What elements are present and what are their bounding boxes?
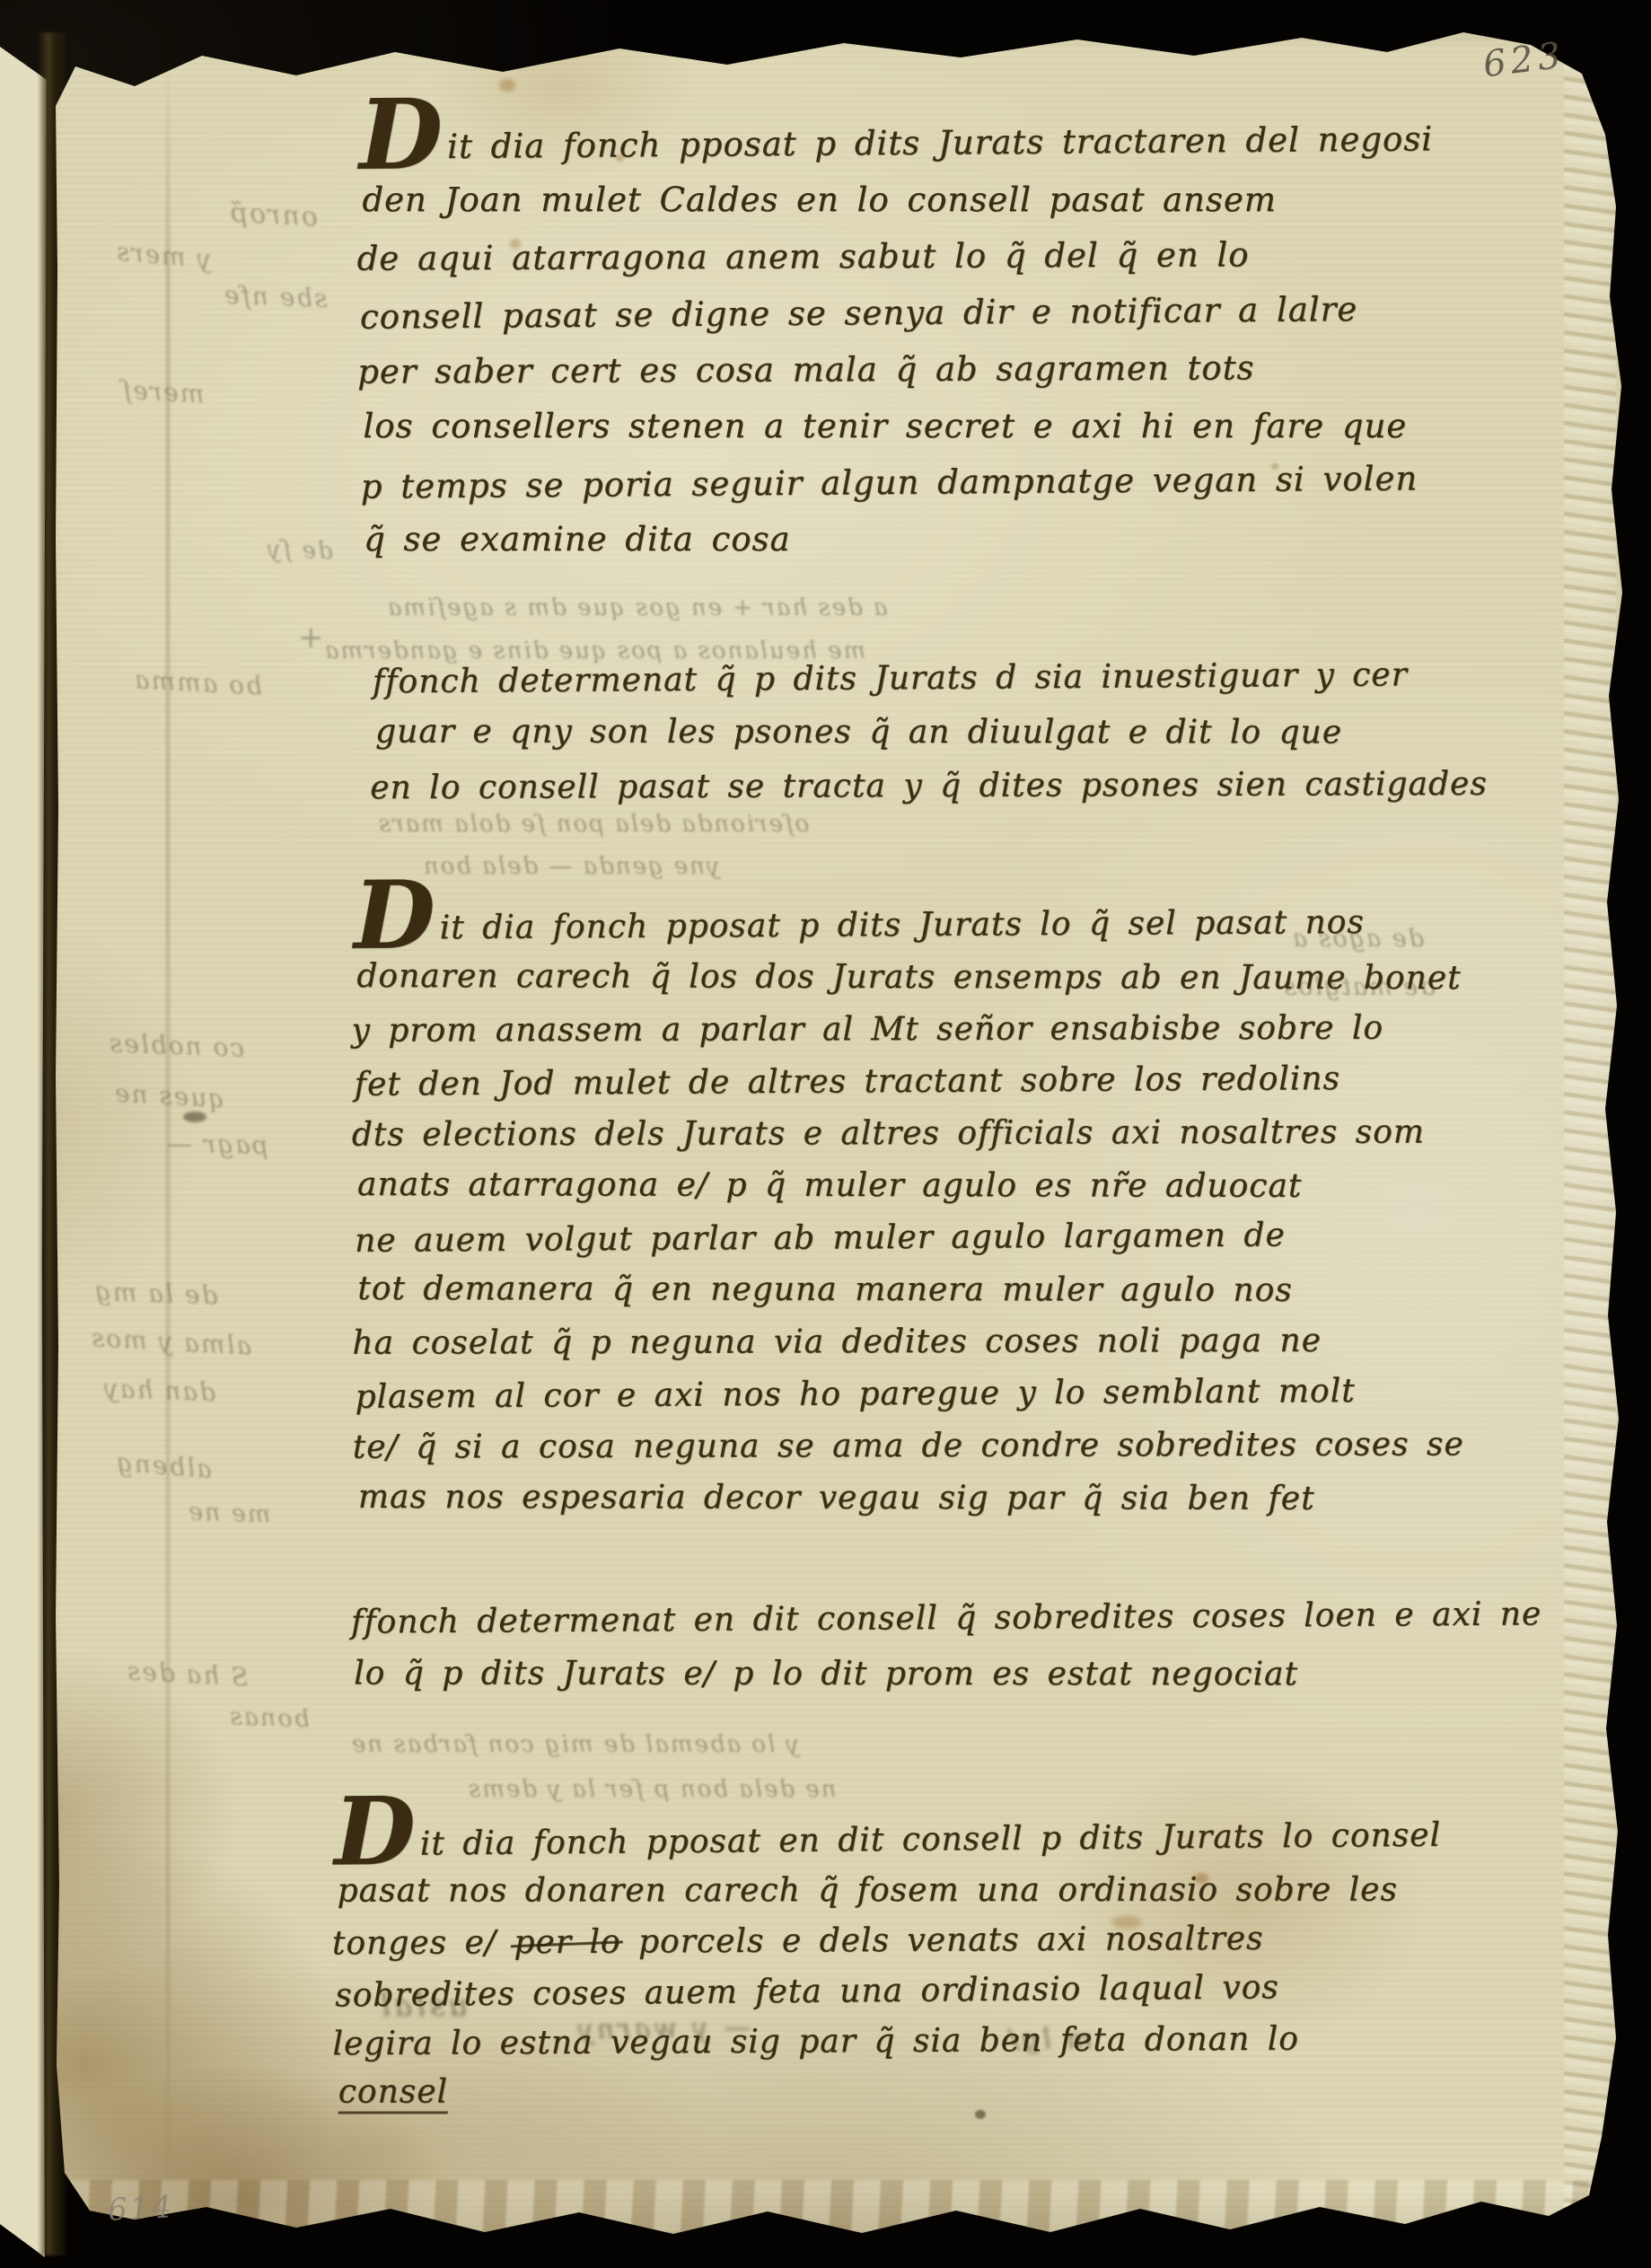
bleedthrough-text: dan hay: [101, 1374, 215, 1407]
line-text: ha coselat q̃ p neguna via dedites coses…: [352, 1323, 1322, 1362]
manuscript-line: legira lo estna vegau sig par q̃ sia ben…: [332, 2014, 1439, 2070]
line-text: q̃ se examine dita cosa: [364, 520, 791, 558]
manuscript-line: y prom anassem a parlar al Mt señor ensa…: [351, 1002, 1462, 1057]
bleedthrough-text: ques ne: [112, 1078, 225, 1113]
manuscript-line: ffonch determenat q̃ p dits Jurats d sia…: [373, 648, 1490, 710]
manuscript-line: los consellers stenen a tenir secret e a…: [363, 398, 1436, 454]
line-text: consell pasat se digne se senya dir e no…: [360, 290, 1358, 337]
manuscript-line: ne auem volgut parlar ab muler agulo lar…: [355, 1209, 1466, 1268]
bleedthrough-text: onrop̃: [228, 197, 319, 233]
line-text: ffonch determenat q̃ p dits Jurats d sia…: [373, 656, 1408, 700]
bleedthrough-text: yne genda — dela bon: [422, 853, 720, 880]
paragraph-2: ffonch determenat q̃ p dits Jurats d sia…: [370, 650, 1488, 815]
line-text: per saber cert es cosa mala q̃ ab sagram…: [357, 348, 1254, 391]
bleedthrough-text: bonas: [227, 1702, 310, 1733]
underlined-text: consel: [338, 2073, 448, 2114]
manuscript-line: Dit dia fonch pposat p dits Jurats lo q̃…: [354, 896, 1465, 955]
line-text: fet den Jod mulet de altres tractant sob…: [355, 1060, 1341, 1103]
paragraph-3: Dit dia fonch pposat p dits Jurats lo q̃…: [351, 898, 1464, 1525]
line-text: legira lo estna vegau sig par q̃ sia ben…: [332, 2021, 1299, 2063]
line-text: tonges e/: [332, 1924, 514, 1962]
bleedthrough-text: a des har + en gos que dm s ageſima: [386, 594, 888, 621]
struck-out-text: per lo: [514, 1924, 620, 1962]
bleedthrough-text: sbe nfe: [222, 280, 328, 313]
bleedthrough-text: alma y mos: [89, 1323, 252, 1360]
manuscript-line: te/ q̃ si a cosa neguna se ama de condre…: [353, 1419, 1464, 1473]
bleedthrough-text: de la mg: [92, 1277, 217, 1311]
line-text: y prom anassem a parlar al Mt señor ensa…: [351, 1010, 1383, 1050]
paragraph-5: Dit dia fonch pposat en dit consell p di…: [331, 1813, 1439, 2120]
bleedthrough-text: de ſy: [265, 536, 333, 566]
manuscript-line: q̃ se examine dita cosa: [364, 511, 1437, 567]
manuscript-line: guar e qny son les psones q̃ an diuulgat…: [375, 705, 1493, 760]
line-text: te/ q̃ si a cosa neguna se ama de condre…: [353, 1426, 1464, 1465]
manuscript-line: den Joan mulet Caldes en lo consell pasa…: [362, 171, 1436, 228]
bleedthrough-text: ne dela bon p ſer la y dems: [467, 1776, 837, 1803]
manuscript-line: plasem al cor e axi nos ho paregue y lo …: [355, 1365, 1466, 1424]
line-text: p temps se poria seguir algun dampnatge …: [361, 459, 1418, 505]
manuscript-line: consel: [338, 2066, 1445, 2117]
line-text: it dia fonch pposat p dits Jurats lo q̃ …: [440, 904, 1365, 946]
bleedthrough-text: co nobles: [107, 1028, 244, 1062]
bleedthrough-text: albeng: [114, 1447, 213, 1483]
manuscript-line: pasat nos donaren carech q̃ fosem una or…: [338, 1865, 1445, 1916]
manuscript-line: dts elections dels Jurats e altres offic…: [352, 1106, 1463, 1161]
manuscript-line: lo q̃ p dits Jurats e/ p lo dit prom es …: [354, 1646, 1544, 1702]
manuscript-line: donaren carech q̃ los dos Jurats ensemps…: [356, 951, 1468, 1005]
bleedthrough-text: me ne: [186, 1498, 271, 1528]
line-text: porcels e dels venats axi nosaltres: [620, 1921, 1263, 1961]
line-text: pasat nos donaren carech q̃ fosem una or…: [338, 1872, 1398, 1910]
bleedthrough-text: y lo abemal de mig con farbas ne: [350, 1731, 799, 1758]
line-text: donaren carech q̃ los dos Jurats ensemps…: [356, 958, 1461, 997]
manuscript-line: p temps se poria seguir algun dampnatge …: [360, 450, 1434, 514]
line-text: los consellers stenen a tenir secret e a…: [363, 407, 1407, 445]
line-text: sobredites coses auem feta una ordinasio…: [335, 1969, 1279, 2014]
bleedthrough-text: +: [296, 620, 324, 655]
bleedthrough-text: S ha des: [125, 1656, 249, 1692]
pencil-folio-number: 614: [107, 2189, 175, 2228]
manuscript-line: fet den Jod mulet de altres tractant sob…: [354, 1052, 1465, 1112]
line-text: ffonch determenat en dit consell q̃ sobr…: [351, 1596, 1542, 1640]
line-text: dts elections dels Jurats e altres offic…: [352, 1113, 1425, 1153]
line-text: anats atarragona e/ p q̃ muler agulo es …: [357, 1166, 1302, 1205]
manuscript-line: tot demanera q̃ en neguna manera muler a…: [357, 1263, 1469, 1317]
manuscript-line: tonges e/ per lo porcels e dels venats a…: [332, 1913, 1439, 1969]
line-text: mas nos espesaria decor vegau sig par q̃…: [358, 1479, 1315, 1517]
line-text: ne auem volgut parlar ab muler agulo lar…: [355, 1217, 1286, 1259]
manuscript-line: ffonch determenat en dit consell q̃ sobr…: [351, 1587, 1542, 1650]
line-text: de aqui atarragona anem sabut lo q̃ del …: [356, 235, 1249, 277]
line-text: den Joan mulet Caldes en lo consell pasa…: [362, 180, 1277, 219]
manuscript-line: en lo consell pasat se tracta y q̃ dites…: [370, 758, 1488, 815]
manuscript-line: ha coselat q̃ p neguna via dedites coses…: [352, 1314, 1463, 1369]
book-scan: onrop̃y merssbe nfemereſde ſy+a des har …: [0, 0, 1651, 2268]
manuscript-line: per saber cert es cosa mala q̃ ab sagram…: [357, 338, 1431, 400]
bleedthrough-text: mereſ: [119, 375, 205, 409]
line-text: it dia fonch pposat p dits Jurats tracta…: [447, 119, 1433, 166]
paragraph-4: ffonch determenat en dit consell q̃ sobr…: [348, 1589, 1540, 1705]
line-text: tot demanera q̃ en neguna manera muler a…: [357, 1270, 1293, 1309]
paragraph-1: Dit dia fonch pposat p dits Jurats tract…: [356, 112, 1432, 569]
manuscript-line: Dit dia fonch pposat en dit consell p di…: [334, 1811, 1441, 1871]
bleedthrough-text: pagr —: [165, 1129, 268, 1160]
manuscript-line: sobredites coses auem feta una ordinasio…: [335, 1962, 1442, 2022]
manuscript-line: anats atarragona e/ p q̃ muler agulo es …: [357, 1159, 1469, 1213]
line-text: en lo consell pasat se tracta y q̃ dites…: [370, 766, 1488, 806]
line-text: guar e qny son les psones q̃ an diuulgat…: [375, 713, 1342, 751]
manuscript-line: consell pasat se digne se senya dir e no…: [360, 280, 1434, 345]
bleedthrough-text: bo amma: [132, 664, 263, 701]
manuscript-line: mas nos espesaria decor vegau sig par q̃…: [358, 1472, 1470, 1525]
bleedthrough-text: y mers: [114, 236, 213, 274]
manuscript-line: de aqui atarragona anem sabut lo q̃ del …: [356, 225, 1430, 286]
line-text: lo q̃ p dits Jurats e/ p lo dit prom es …: [354, 1655, 1298, 1692]
line-text: plasem al cor e axi nos ho paregue y lo …: [355, 1373, 1355, 1416]
line-text: it dia fonch pposat en dit consell p dit…: [420, 1817, 1442, 1863]
manuscript-line: Dit dia fonch pposat p dits Jurats tract…: [359, 110, 1433, 175]
